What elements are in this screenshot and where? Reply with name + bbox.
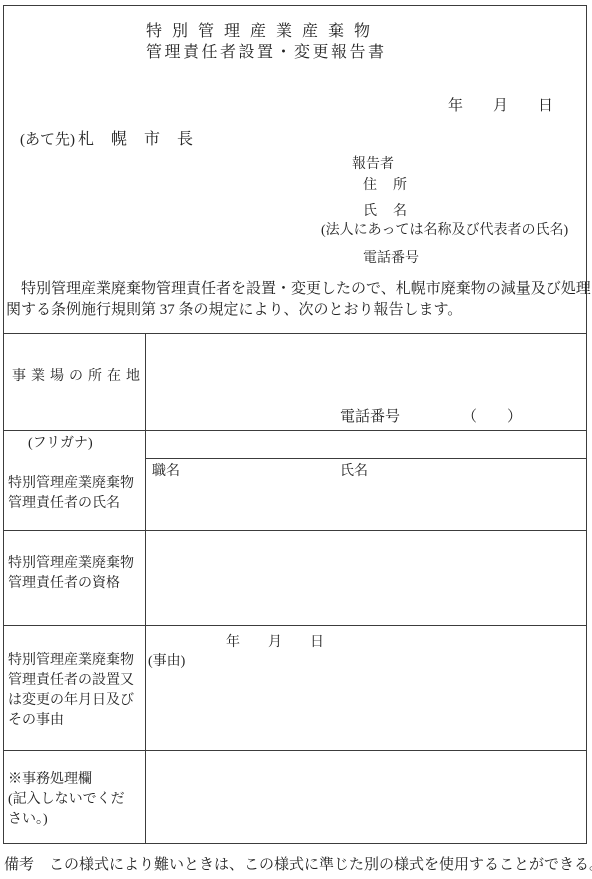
report-form-page: 特別管理産業産棄物 管理責任者設置・変更報告書 年 月 日 (あて先) 札幌市長… [0, 0, 592, 879]
change-label-line2: 管理責任者の設置又 [8, 673, 134, 689]
change-label-line4: その事由 [8, 713, 64, 729]
furigana-sub-divider [145, 458, 586, 459]
reporter-name-label: 氏 名 [363, 204, 408, 220]
report-date-line: 年 月 日 [448, 98, 553, 115]
site-address-label: 事業場の所在地 [12, 369, 145, 385]
office-use-label-line2: (記入しないでくだ [8, 792, 125, 808]
person-name-label: 氏名 [340, 464, 368, 480]
addressee-prefix: (あて先) [20, 132, 75, 149]
reporter-phone-label: 電話番号 [363, 251, 419, 267]
site-phone-parentheses: （ ） [462, 409, 522, 426]
job-title-label: 職名 [152, 464, 180, 480]
remarks-note: 備考 この様式により難いときは、この様式に準じた別の様式を使用することができる。 [4, 857, 592, 874]
intro-paragraph-line2: 関する条例施行規則第 37 条の規定により、次のとおり報告します。 [6, 302, 462, 319]
change-label-line3: は変更の年月日及び [8, 693, 134, 709]
form-title-line1: 特別管理産業産棄物 [146, 23, 380, 41]
manager-name-label-line1: 特別管理産業廃棄物 [8, 476, 134, 492]
table-column-divider [145, 333, 146, 843]
table-row-divider-3 [4, 625, 586, 626]
form-title-line2: 管理責任者設置・変更報告書 [146, 44, 387, 62]
office-use-label-line3: さい。) [8, 812, 48, 828]
table-row-divider-2 [4, 530, 586, 531]
form-outer-border: 特別管理産業産棄物 管理責任者設置・変更報告書 年 月 日 (あて先) 札幌市長… [3, 5, 587, 844]
qualification-label-line1: 特別管理産業廃棄物 [8, 556, 134, 572]
addressee-name: 札幌市長 [78, 131, 210, 149]
change-date-placeholder: 年 月 日 [226, 635, 324, 651]
office-use-label-line1: ※事務処理欄 [8, 772, 92, 788]
table-top-line [4, 333, 586, 334]
reporter-label: 報告者 [352, 157, 394, 173]
change-reason-label: (事由) [148, 654, 185, 670]
table-row-divider-4 [4, 750, 586, 751]
intro-paragraph-line1: 特別管理産業廃棄物管理責任者を設置・変更したので、札幌市廃棄物の減量及び処理に [6, 281, 592, 298]
reporter-address-label: 住 所 [363, 178, 408, 194]
change-label-line1: 特別管理産業廃棄物 [8, 653, 134, 669]
furigana-label: (フリガナ) [28, 436, 93, 452]
manager-name-label-line2: 管理責任者の氏名 [8, 496, 120, 512]
qualification-label-line2: 管理責任者の資格 [8, 576, 120, 592]
table-row-divider-1 [4, 430, 586, 431]
corporate-name-note: (法人にあっては名称及び代表者の氏名) [321, 223, 568, 239]
site-phone-label: 電話番号 [340, 409, 400, 426]
